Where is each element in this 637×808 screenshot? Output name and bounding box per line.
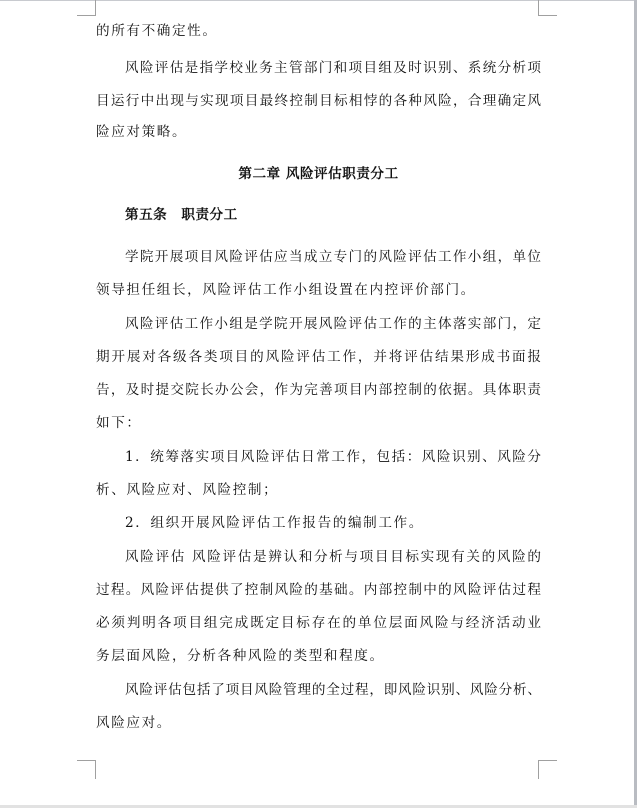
list-item-1: 1．统筹落实项目风险评估日常工作，包括：风险识别、风险分	[125, 447, 541, 467]
article-heading: 第五条 职责分工	[125, 205, 425, 225]
text-line: 如下：	[96, 413, 541, 433]
margin-corner-mark-top-left	[77, 0, 96, 16]
text-line: 的所有不确定性。	[96, 21, 541, 41]
paragraph-working-group: 学院开展项目风险评估应当成立专门的风险评估工作小组，单位	[125, 247, 541, 267]
list-item-2: 2．组织开展风险评估工作报告的编制工作。	[125, 513, 541, 533]
text-line: 过程。风险评估提供了控制风险的基础。内部控制中的风险评估过程	[96, 580, 541, 600]
text-line: 务层面风险，分析各种风险的类型和程度。	[96, 646, 541, 666]
paragraph-risk-management-scope: 风险评估包括了项目风险管理的全过程，即风险识别、风险分析、	[125, 680, 541, 700]
margin-corner-mark-bottom-right	[538, 760, 557, 779]
text-line: 险应对策略。	[96, 122, 541, 142]
document-page[interactable]: 的所有不确定性。 风险评估是指学校业务主管部门和项目组及时识别、系统分析项 目运…	[0, 0, 634, 805]
chapter-heading: 第二章 风险评估职责分工	[96, 164, 541, 184]
paragraph-risk-assessment-process: 风险评估 风险评估是辨认和分析与项目目标实现有关的风险的	[125, 547, 541, 567]
paragraph-group-duties: 风险评估工作小组是学院开展风险评估工作的主体落实部门，定	[125, 314, 541, 334]
text-line: 风险应对。	[96, 713, 541, 733]
text-line: 领导担任组长，风险评估工作小组设置在内控评价部门。	[96, 280, 541, 300]
margin-corner-mark-top-right	[538, 0, 557, 16]
text-line: 必须判明各项目组完成既定目标存在的单位层面风险与经济活动业	[96, 613, 541, 633]
text-line: 析、风险应对、风险控制；	[96, 480, 541, 500]
margin-corner-mark-bottom-left	[77, 760, 96, 779]
text-line: 目运行中出现与实现项目最终控制目标相悖的各种风险，合理确定风	[96, 91, 541, 111]
text-line: 期开展对各级各类项目的风险评估工作，并将评估结果形成书面报	[96, 347, 541, 367]
paragraph-risk-assessment-definition: 风险评估是指学校业务主管部门和项目组及时识别、系统分析项	[125, 58, 541, 78]
text-line: 告，及时提交院长办公会，作为完善项目内部控制的依据。具体职责	[96, 380, 541, 400]
